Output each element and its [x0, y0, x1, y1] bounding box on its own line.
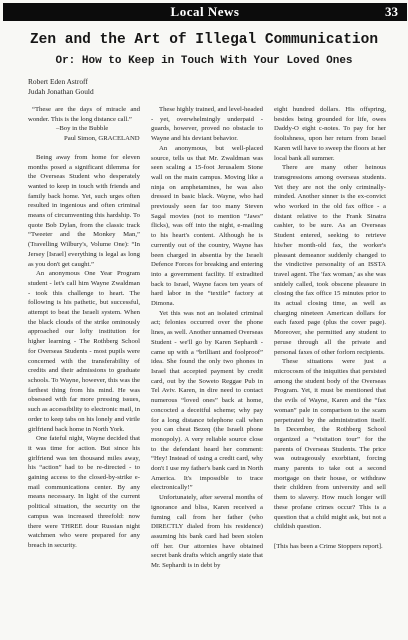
epigraph-attribution-artist: Paul Simon, GRACELAND: [28, 134, 140, 144]
paragraph: Being away from home for eleven months p…: [28, 153, 140, 269]
column-1: “These are the days of miracle and wonde…: [28, 105, 140, 571]
article-subtitle: Or: How to Keep in Touch With Your Loved…: [8, 55, 400, 67]
paragraph: There are many other heinous transgressi…: [274, 163, 386, 357]
epigraph: “These are the days of miracle and wonde…: [28, 105, 140, 144]
section-label: Local News: [3, 4, 407, 20]
epigraph-attribution-source: –Boy in the Bubble: [28, 124, 140, 134]
column-2: These highly trained, and level-headed -…: [151, 105, 263, 571]
section-header-bar: Local News 33: [3, 3, 407, 21]
epigraph-quote: “These are the days of miracle and wonde…: [28, 105, 140, 124]
article-title: Zen and the Art of Illegal Communication: [8, 32, 400, 48]
byline-author-2: Judah Jonathan Gould: [28, 87, 408, 97]
paragraph: Unfortunately, after several months of i…: [151, 493, 263, 571]
paragraph: An anonymous One Year Program student - …: [28, 269, 140, 434]
article-body: “These are the days of miracle and wonde…: [28, 105, 386, 571]
page-number: 33: [385, 4, 398, 20]
paragraph: These highly trained, and level-headed -…: [151, 105, 263, 144]
newspaper-page: Local News 33 Zen and the Art of Illegal…: [0, 0, 408, 640]
column-3: eight hundred dollars. His offspring, be…: [274, 105, 386, 571]
paragraph: These situations were just a microcosm o…: [274, 357, 386, 532]
bylines: Robert Eden Astroff Judah Jonathan Gould: [28, 77, 408, 96]
paragraph: One fateful night, Wayne decided that it…: [28, 434, 140, 550]
paragraph: Yet this was not an isolated criminal ac…: [151, 309, 263, 493]
paragraph: eight hundred dollars. His offspring, be…: [274, 105, 386, 163]
paragraph: An anonymous, but well-placed source, te…: [151, 144, 263, 309]
crime-stoppers-note: [This has been a Crime Stoppers report].: [274, 542, 386, 552]
byline-author-1: Robert Eden Astroff: [28, 77, 408, 87]
